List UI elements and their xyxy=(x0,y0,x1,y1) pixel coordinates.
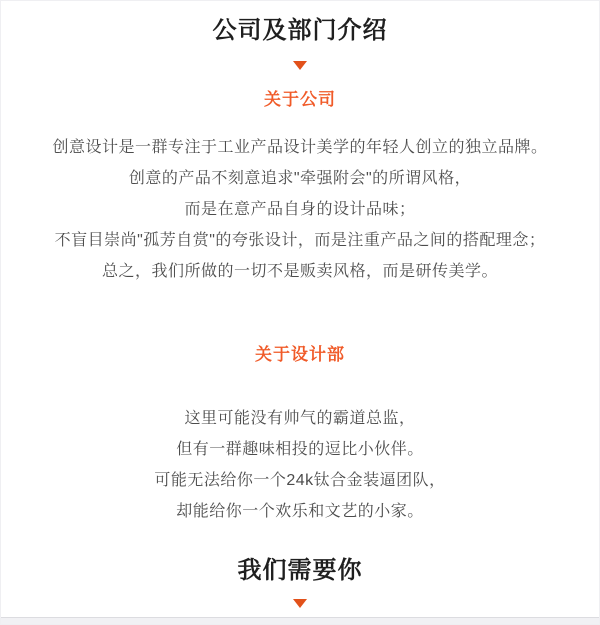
triangle-down-icon xyxy=(293,599,307,608)
paragraph-line: 可能无法给你一个24k钛合金装逼团队， xyxy=(1,465,599,496)
section-heading-about-company: 关于公司 xyxy=(1,90,599,110)
triangle-down-icon xyxy=(293,61,307,70)
about-company-paragraph: 创意设计是一群专注于工业产品设计美学的年轻人创立的独立品牌。 创意的产品不刻意追… xyxy=(1,132,599,287)
paragraph-line: 创意设计是一群专注于工业产品设计美学的年轻人创立的独立品牌。 xyxy=(1,132,599,163)
about-design-paragraph: 这里可能没有帅气的霸道总监， 但有一群趣味相投的逗比小伙伴。 可能无法给你一个2… xyxy=(1,403,599,527)
footer-strip xyxy=(1,617,599,624)
we-need-you-title: 我们需要你 xyxy=(1,555,599,587)
paragraph-line: 不盲目崇尚"孤芳自赏"的夸张设计，而是注重产品之间的搭配理念； xyxy=(1,225,599,256)
paragraph-line: 而是在意产品自身的设计品味； xyxy=(1,194,599,225)
paragraph-line: 总之，我们所做的一切不是贩卖风格，而是研传美学。 xyxy=(1,256,599,287)
intro-page: 公司及部门介绍 关于公司 创意设计是一群专注于工业产品设计美学的年轻人创立的独立… xyxy=(0,0,600,625)
paragraph-line: 这里可能没有帅气的霸道总监， xyxy=(1,403,599,434)
section-heading-about-design: 关于设计部 xyxy=(1,345,599,365)
paragraph-line: 创意的产品不刻意追求"牵强附会"的所谓风格， xyxy=(1,163,599,194)
paragraph-line: 但有一群趣味相投的逗比小伙伴。 xyxy=(1,434,599,465)
page-title: 公司及部门介绍 xyxy=(1,1,599,47)
paragraph-line: 却能给你一个欢乐和文艺的小家。 xyxy=(1,496,599,527)
